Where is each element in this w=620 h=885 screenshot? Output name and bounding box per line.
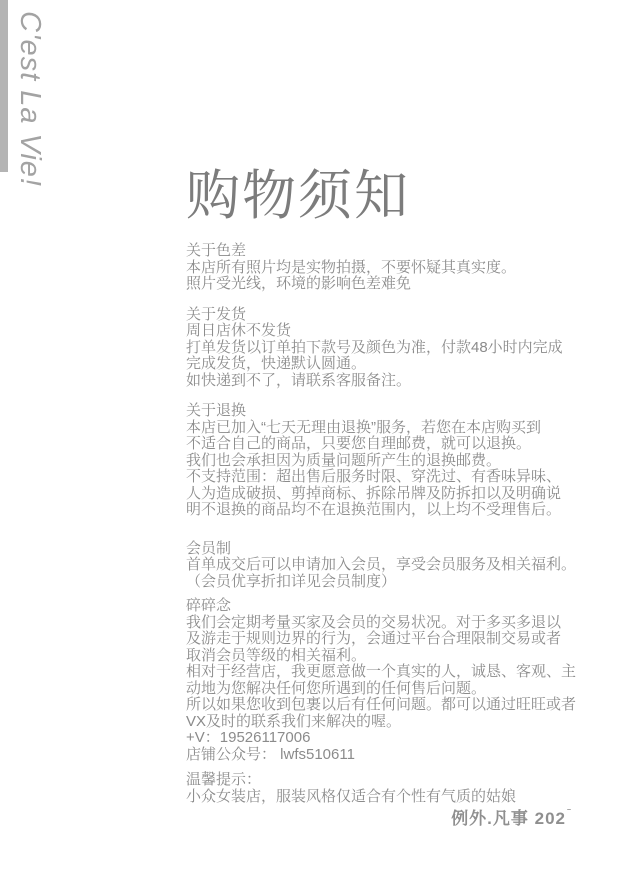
- text-line: 明不退换的商品均不在退换范围内，以上均不受理售后。: [186, 502, 581, 519]
- side-brand-vertical-text: C'est La Vie!: [13, 11, 46, 187]
- text-line: 小众女装店，服装风格仅适合有个性有气质的姑娘: [186, 789, 581, 806]
- section-heading: 关于退换: [186, 403, 581, 420]
- section-returns: 关于退换 本店已加入“七天无理由退换”服务，若您在本店购买到 不适合自己的商品，…: [186, 403, 581, 519]
- text-line: VX及时的联系我们来解决的喔。: [186, 714, 581, 731]
- text-line: 动地为您解决任何您所遇到的任何售后问题。: [186, 681, 581, 698]
- wechat-id-line: +V：19526117006: [186, 730, 581, 747]
- text-line: 我们也会承担因为质量问题所产生的退换邮费。: [186, 453, 581, 470]
- text-line: 周日店休不发货: [186, 323, 581, 340]
- text-line: 相对于经营店，我更愿意做一个真实的人，诚恳、客观、主: [186, 664, 581, 681]
- text-line: 取消会员等级的相关福利。: [186, 648, 581, 665]
- section-seller-notes: 碎碎念 我们会定期考量买家及会员的交易状况。对于多买多退以 及游走于规则边界的行…: [186, 598, 581, 763]
- section-heading: 关于发货: [186, 307, 581, 324]
- brand-signature-text: 例外.凡事 202: [451, 809, 566, 828]
- notice-content: 购物须知 关于色差 本店所有照片均是实物拍摄，不要怀疑其真实度。 照片受光线，环…: [186, 168, 581, 805]
- text-line: 照片受光线，环境的影响色差难免: [186, 276, 581, 293]
- shopping-notice-page: C'est La Vie! 购物须知 关于色差 本店所有照片均是实物拍摄，不要怀…: [0, 0, 620, 885]
- text-line: 完成发货，快递默认圆通。: [186, 356, 581, 373]
- official-account-line: 店铺公众号： lwfs510611: [186, 747, 581, 764]
- text-line: 打单发货以订单拍下款号及颜色为准，付款48小时内完成: [186, 340, 581, 357]
- text-line: 本店所有照片均是实物拍摄，不要怀疑其真实度。: [186, 260, 581, 277]
- brand-signature: 例外.凡事 202ˉ: [451, 804, 572, 829]
- section-membership: 会员制 首单成交后可以申请加入会员，享受会员服务及相关福利。 （会员优享折扣详见…: [186, 541, 581, 591]
- text-line: 本店已加入“七天无理由退换”服务，若您在本店购买到: [186, 420, 581, 437]
- side-accent-bar: [0, 0, 8, 172]
- text-line: 所以如果您收到包裹以后有任何问题。都可以通过旺旺或者: [186, 697, 581, 714]
- text-line: 人为造成破损、剪掉商标、拆除吊牌及防拆扣以及明确说: [186, 486, 581, 503]
- text-line: 如快递到不了，请联系客服备注。: [186, 373, 581, 390]
- section-heading: 关于色差: [186, 243, 581, 260]
- text-line: 不支持范围：超出售后服务时限、穿洗过、有香味异味、: [186, 469, 581, 486]
- section-shipping: 关于发货 周日店休不发货 打单发货以订单拍下款号及颜色为准，付款48小时内完成 …: [186, 307, 581, 390]
- text-line: 及游走于规则边界的行为，会通过平台合理限制交易或者: [186, 631, 581, 648]
- section-heading: 温馨提示：: [186, 772, 581, 789]
- text-line: 不适合自己的商品，只要您自理邮费，就可以退换。: [186, 436, 581, 453]
- text-line: 首单成交后可以申请加入会员，享受会员服务及相关福利。: [186, 557, 581, 574]
- page-title: 购物须知: [186, 168, 581, 225]
- text-line: （会员优享折扣详见会员制度）: [186, 574, 581, 591]
- section-heading: 碎碎念: [186, 598, 581, 615]
- section-warm-tips: 温馨提示： 小众女装店，服装风格仅适合有个性有气质的姑娘: [186, 772, 581, 805]
- text-line: 我们会定期考量买家及会员的交易状况。对于多买多退以: [186, 615, 581, 632]
- brand-signature-mark: ˉ: [567, 806, 572, 820]
- section-color-difference: 关于色差 本店所有照片均是实物拍摄，不要怀疑其真实度。 照片受光线，环境的影响色…: [186, 243, 581, 293]
- section-heading: 会员制: [186, 541, 581, 558]
